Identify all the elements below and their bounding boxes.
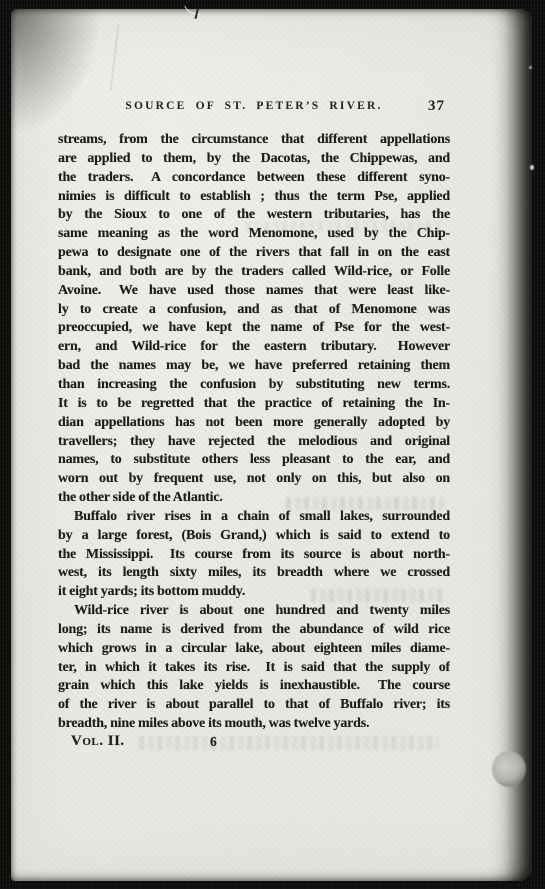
running-header: SOURCE OF ST. PETER’S RIVER. 37 xyxy=(58,100,450,118)
text-line: ly to create a confusion, and as that of… xyxy=(58,301,450,320)
text-line: travellers; they have rejected the melod… xyxy=(58,433,450,452)
signature-mark: 6 xyxy=(210,734,217,750)
text-line: by the Sioux to one of the western tribu… xyxy=(58,206,450,225)
text-line: worn out by frequent use, not only on th… xyxy=(58,470,450,489)
text-line: of the river is about parallel to that o… xyxy=(58,696,450,715)
dust-speck xyxy=(530,165,534,170)
text-line: Wild-rice river is about one hundred and… xyxy=(58,602,450,621)
page-curl-bump xyxy=(492,751,526,787)
book-page: SOURCE OF ST. PETER’S RIVER. 37 streams,… xyxy=(11,9,532,881)
text-line: ter, in which it takes its rise. It is s… xyxy=(58,659,450,678)
footer-line: Vol. II. 6 xyxy=(58,733,450,753)
text-line: Avoine. We have used those names that we… xyxy=(58,282,450,301)
text-line: are applied to them, by the Dacotas, the… xyxy=(58,150,450,169)
text-line: pewa to designate one of the rivers that… xyxy=(58,244,450,263)
text-line: the traders. A concordance between these… xyxy=(58,169,450,188)
text-line: grain which this lake yields is inexhaus… xyxy=(58,677,450,696)
text-line: preoccupied, we have kept the name of Ps… xyxy=(58,319,450,338)
dust-speck xyxy=(481,831,484,834)
text-line: It is to be regretted that the practice … xyxy=(58,395,450,414)
text-line: names, to substitute others less pleasan… xyxy=(58,451,450,470)
text-line: by a large forest, (Bois Grand,) which i… xyxy=(58,527,450,546)
text-line: than increasing the confusion by substit… xyxy=(58,376,450,395)
text-line: it eight yards; its bottom muddy. xyxy=(58,583,450,602)
text-line: bank, and both are by the traders called… xyxy=(58,263,450,282)
text-line: the Mississippi. Its course from its sou… xyxy=(58,546,450,565)
dust-speck xyxy=(529,66,532,69)
text-line: breadth, nine miles above its mouth, was… xyxy=(58,715,450,734)
page-number: 37 xyxy=(428,98,445,115)
corner-shadow xyxy=(11,9,106,139)
running-title: SOURCE OF ST. PETER’S RIVER. xyxy=(58,100,450,112)
text-line: bad the names may be, we have preferred … xyxy=(58,357,450,376)
page-text: streams, from the circumstance that diff… xyxy=(58,131,450,734)
text-line: same meaning as the word Menomone, used … xyxy=(58,225,450,244)
scanned-page: SOURCE OF ST. PETER’S RIVER. 37 streams,… xyxy=(0,0,545,889)
text-line: dian appellations has not been more gene… xyxy=(58,414,450,433)
text-line: long; its name is derived from the abund… xyxy=(58,621,450,640)
text-line: which grows in a circular lake, about ei… xyxy=(58,640,450,659)
text-line: Buffalo river rises in a chain of small … xyxy=(58,508,450,527)
text-line: nimies is difficult to establish ; thus … xyxy=(58,188,450,207)
text-line: streams, from the circumstance that diff… xyxy=(58,131,450,150)
text-line: the other side of the Atlantic. xyxy=(58,489,450,508)
text-line: ern, and Wild-rice for the eastern tribu… xyxy=(58,338,450,357)
text-line: west, its length sixty miles, its breadt… xyxy=(58,564,450,583)
volume-label: Vol. II. xyxy=(71,733,125,750)
scan-artifact-scratch xyxy=(110,25,119,91)
